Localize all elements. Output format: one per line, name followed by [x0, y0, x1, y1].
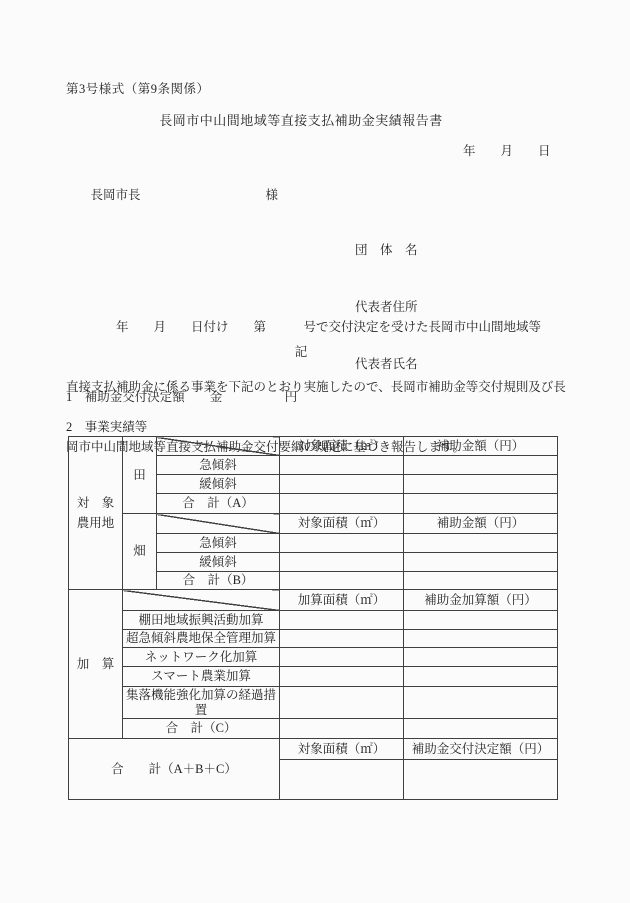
rice-gentle-label: 緩傾斜 — [157, 475, 280, 494]
cell-rice-gentle-amount — [404, 475, 558, 494]
addition-row-supersteep-label: 超急傾斜農地保全管理加算 — [123, 630, 280, 648]
cell-field-gentle-area — [280, 553, 404, 572]
form-number: 第3号様式（第9条関係） — [66, 79, 210, 97]
org-name-label: 団 体 名 — [355, 241, 418, 260]
field-steep-label: 急傾斜 — [157, 534, 280, 553]
farmland-label-line1: 対 象 — [72, 493, 119, 513]
grand-amount-header: 補助金交付決定額（円） — [404, 739, 558, 760]
cell-field-steep-amount — [404, 534, 558, 553]
field-label: 畑 — [123, 514, 157, 590]
addition-area-header: 加算面積（㎡） — [280, 590, 404, 611]
cell-rice-total-area — [280, 494, 404, 514]
page-title: 長岡市中山間地域等直接支払補助金実績報告書 — [66, 110, 536, 129]
rice-label: 田 — [123, 437, 157, 514]
addition-total-label: 合 計（C） — [123, 719, 280, 739]
cell-rice-steep-area — [280, 456, 404, 475]
cell-network-area — [280, 648, 404, 667]
results-table: 対 象 農用地 田 対象面積（㎡） 補助金額（円） 急傾斜 緩傾斜 合 計（A）… — [68, 436, 558, 800]
cell-community-area — [280, 687, 404, 719]
field-area-header: 対象面積（㎡） — [280, 514, 404, 534]
farmland-label-line2: 農用地 — [72, 513, 119, 533]
cell-smart-amount — [404, 667, 558, 687]
rice-amount-header: 補助金額（円） — [404, 437, 558, 456]
cell-rice-total-amount — [404, 494, 558, 514]
addressee-honorific: 様 — [266, 188, 279, 202]
cell-tanada-amount — [404, 611, 558, 630]
field-amount-header: 補助金額（円） — [404, 514, 558, 534]
item-2-results-heading: 2 事業実績等 — [66, 417, 147, 435]
cell-rice-steep-amount — [404, 456, 558, 475]
cell-field-total-area — [280, 572, 404, 590]
field-gentle-label: 緩傾斜 — [157, 553, 280, 572]
cell-supersteep-amount — [404, 630, 558, 648]
diagonal-cell-field — [157, 514, 280, 534]
rice-area-header: 対象面積（㎡） — [280, 437, 404, 456]
addition-row-smart-label: スマート農業加算 — [123, 667, 280, 687]
rice-steep-label: 急傾斜 — [157, 456, 280, 475]
diagonal-cell-rice — [157, 437, 280, 456]
diagonal-cell-addition — [123, 590, 280, 611]
addressee-line: 長岡市長様 — [78, 170, 278, 218]
cell-field-steep-area — [280, 534, 404, 553]
farmland-group-label: 対 象 農用地 — [69, 437, 123, 590]
cell-addition-total-amount — [404, 719, 558, 739]
cell-community-amount — [404, 687, 558, 719]
cell-tanada-area — [280, 611, 404, 630]
addition-group-label: 加 算 — [69, 590, 123, 739]
date-line: 年 月 日 — [463, 141, 551, 159]
addition-row-tanada-label: 棚田地域振興活動加算 — [123, 611, 280, 630]
document-page: 第3号様式（第9条関係） 長岡市中山間地域等直接支払補助金実績報告書 年 月 日… — [0, 0, 630, 903]
cell-network-amount — [404, 648, 558, 667]
grand-area-header: 対象面積（㎡） — [280, 739, 404, 760]
rice-total-label: 合 計（A） — [157, 494, 280, 514]
cell-smart-area — [280, 667, 404, 687]
cell-grand-total-amount — [404, 760, 558, 800]
cell-addition-total-area — [280, 719, 404, 739]
addition-row-network-label: ネットワーク化加算 — [123, 648, 280, 667]
intro-line-1: 年 月 日付け 第 号で交付決定を受けた長岡市中山間地域等 — [66, 317, 566, 337]
cell-field-gentle-amount — [404, 553, 558, 572]
addition-amount-header: 補助金加算額（円） — [404, 590, 558, 611]
cell-rice-gentle-area — [280, 475, 404, 494]
item-1-grant-amount: 1 補助金交付決定額 金 円 — [66, 387, 297, 405]
cell-grand-total-area — [280, 760, 404, 800]
cell-field-total-amount — [404, 572, 558, 590]
grand-total-label: 合 計（A＋B＋C） — [69, 739, 280, 800]
ki-heading: 記 — [66, 342, 536, 360]
field-total-label: 合 計（B） — [157, 572, 280, 590]
cell-supersteep-area — [280, 630, 404, 648]
addition-row-community-label: 集落機能強化加算の経過措置 — [123, 687, 280, 719]
addressee: 長岡市長 — [91, 188, 141, 202]
